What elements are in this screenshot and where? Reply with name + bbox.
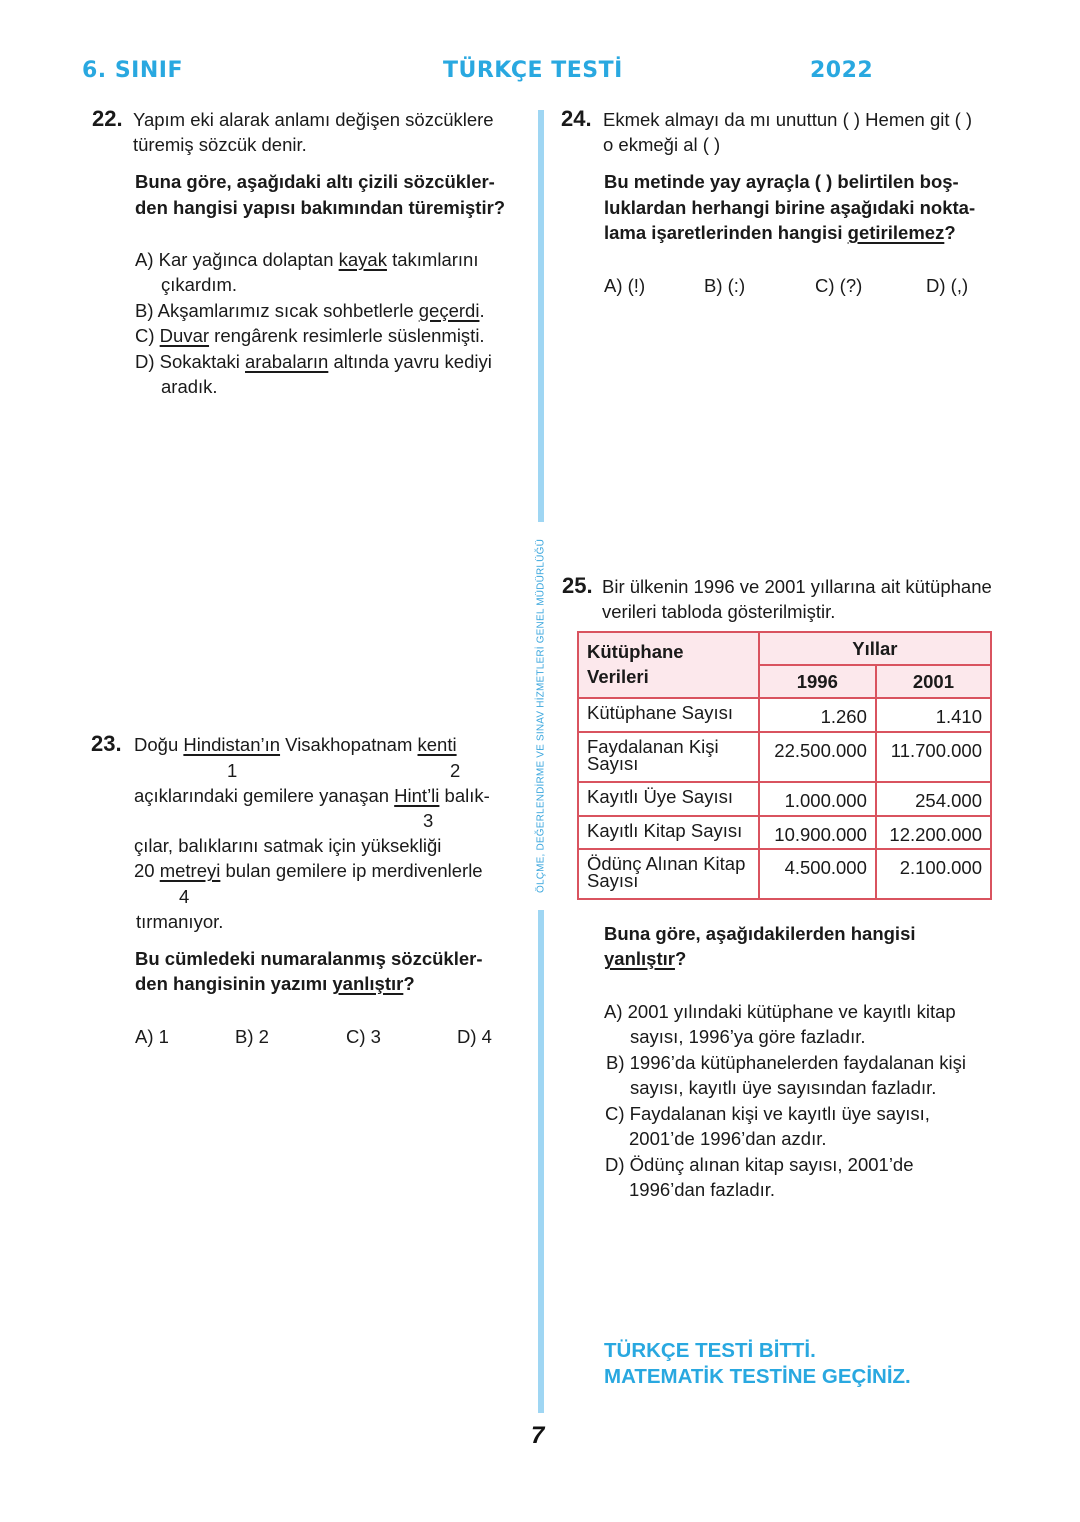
option-a-continued: sayısı, 1996’ya göre fazladır. [630, 1024, 866, 1050]
cell-value: 254.000 [876, 782, 991, 816]
word-number-1: 1 [227, 758, 237, 784]
option-b[interactable]: B) 1996’da kütüphanelerden faydalanan ki… [606, 1050, 966, 1076]
question-number: 25. [562, 573, 593, 599]
numbered-word-3: Hint’li [394, 785, 439, 806]
cell-value: 1.410 [876, 698, 991, 732]
option-text: rengârenk resimlerle süslenmişti. [209, 325, 485, 346]
text: Doğu [134, 734, 183, 755]
question-intro: verileri tabloda gösterilmiştir. [602, 599, 835, 625]
sentence-line: açıklarındaki gemilere yanaşan Hint’li b… [134, 783, 490, 809]
table-row: Kayıtlı Kitap Sayısı10.900.00012.200.000 [578, 816, 991, 849]
cell-value: 1.260 [759, 698, 876, 732]
end-of-test-message: TÜRKÇE TESTİ BİTTİ. MATEMATİK TESTİNE GE… [604, 1338, 911, 1390]
sentence-line: tırmanıyor. [136, 909, 223, 935]
text: 20 [134, 860, 160, 881]
option-text: altında yavru kediyi [328, 351, 492, 372]
sentence-line: çılar, balıklarını satmak için yüksekliğ… [134, 833, 441, 859]
numbered-word-4: metreyi [160, 860, 221, 881]
question-intro: Yapım eki alarak anlamı değişen sözcükle… [133, 107, 494, 133]
cell-value: 11.700.000 [876, 732, 991, 782]
question-prompt: yanlıştır? [604, 946, 686, 972]
option-b[interactable]: B) 2 [235, 1024, 269, 1050]
text: ? [403, 973, 414, 994]
text: Kütüphane [587, 641, 684, 662]
question-prompt: Bu metinde yay ayraçla ( ) belirtilen bo… [604, 169, 959, 195]
question-prompt: Bu cümledeki numaralanmış sözcükler- [135, 946, 483, 972]
option-a[interactable]: A) 1 [135, 1024, 169, 1050]
cell-value: 4.500.000 [759, 849, 876, 899]
library-data-table: Kütüphane Verileri Yıllar 1996 2001 Kütü… [577, 631, 992, 900]
cell-value: 22.500.000 [759, 732, 876, 782]
underlined-word: arabaların [245, 351, 328, 372]
end-message-line: TÜRKÇE TESTİ BİTTİ. [604, 1338, 911, 1364]
option-text: . [479, 300, 484, 321]
grade-label: 6. SINIF [82, 58, 183, 83]
text: ? [675, 948, 686, 969]
word-number-2: 2 [450, 758, 460, 784]
option-c[interactable]: C) (?) [815, 273, 862, 299]
column-header-1996: 1996 [759, 665, 876, 698]
question-number: 23. [91, 731, 122, 757]
word-number-3: 3 [423, 808, 433, 834]
sentence-line: 20 metreyi bulan gemilere ip merdivenler… [134, 858, 483, 884]
sentence-line: Doğu Hindistan’ın Visakhopatnam kenti [134, 732, 457, 758]
cell-value: 1.000.000 [759, 782, 876, 816]
cell-value: 12.200.000 [876, 816, 991, 849]
numbered-word-2: kenti [418, 734, 457, 755]
text: lama işaretlerinden hangisi [604, 222, 848, 243]
question-prompt: Buna göre, aşağıdaki altı çizili sözcükl… [135, 169, 495, 195]
end-message-line: MATEMATİK TESTİNE GEÇİNİZ. [604, 1364, 911, 1390]
test-title: TÜRKÇE TESTİ [443, 58, 623, 83]
text: bulan gemilere ip merdivenlerle [220, 860, 482, 881]
row-label: Kütüphane Sayısı [578, 698, 759, 732]
option-c[interactable]: C) Duvar rengârenk resimlerle süslenmişt… [135, 323, 485, 349]
column-header-data: Kütüphane Verileri [578, 632, 759, 698]
option-d-continued: 1996’dan fazladır. [629, 1177, 775, 1203]
column-divider-bottom [538, 910, 544, 1413]
row-label: Faydalanan Kişi Sayısı [578, 732, 759, 782]
text: Visakhopatnam [280, 734, 417, 755]
option-text: A) Kar yağınca dolaptan [135, 249, 339, 270]
underlined-word: Duvar [160, 325, 209, 346]
option-text: D) Sokaktaki [135, 351, 245, 372]
text: balık- [439, 785, 489, 806]
option-d[interactable]: D) 4 [457, 1024, 492, 1050]
option-d[interactable]: D) Sokaktaki arabaların altında yavru ke… [135, 349, 492, 375]
column-divider-top [538, 110, 544, 522]
page-number: 7 [531, 1422, 544, 1450]
question-number: 24. [561, 106, 592, 132]
underlined-word: kayak [339, 249, 387, 270]
column-header-2001: 2001 [876, 665, 991, 698]
option-c-continued: 2001’de 1996’dan azdır. [629, 1126, 827, 1152]
question-prompt: Buna göre, aşağıdakilerden hangisi [604, 921, 916, 947]
option-text: B) Akşamlarımız sıcak sohbetlerle [135, 300, 419, 321]
option-d[interactable]: D) (,) [926, 273, 968, 299]
option-b[interactable]: B) (:) [704, 273, 745, 299]
question-number: 22. [92, 106, 123, 132]
table-row: Ödünç Alınan Kitap Sayısı4.500.0002.100.… [578, 849, 991, 899]
option-a[interactable]: A) (!) [604, 273, 645, 299]
option-a[interactable]: A) 2001 yılındaki kütüphane ve kayıtlı k… [604, 999, 956, 1025]
question-intro: Bir ülkenin 1996 ve 2001 yıllarına ait k… [602, 574, 992, 600]
text: açıklarındaki gemilere yanaşan [134, 785, 394, 806]
emphasis-word: yanlıştır [332, 973, 403, 994]
text: Verileri [587, 666, 649, 687]
column-header-years: Yıllar [759, 632, 991, 665]
question-intro: türemiş sözcük denir. [133, 132, 307, 158]
table-row: Kütüphane Sayısı1.2601.410 [578, 698, 991, 732]
row-label: Kayıtlı Kitap Sayısı [578, 816, 759, 849]
cell-value: 2.100.000 [876, 849, 991, 899]
table-row: Faydalanan Kişi Sayısı22.500.00011.700.0… [578, 732, 991, 782]
option-text: C) [135, 325, 160, 346]
emphasis-word: getirilemez [848, 222, 945, 243]
text: den hangisinin yazımı [135, 973, 332, 994]
option-c[interactable]: C) Faydalanan kişi ve kayıtlı üye sayısı… [605, 1101, 930, 1127]
option-b[interactable]: B) Akşamlarımız sıcak sohbetlerle geçerd… [135, 298, 485, 324]
option-text: takımlarını [387, 249, 479, 270]
question-prompt: den hangisinin yazımı yanlıştır? [135, 971, 415, 997]
question-prompt: lama işaretlerinden hangisi getirilemez? [604, 220, 956, 246]
option-a-continued: çıkardım. [161, 272, 237, 298]
row-label: Ödünç Alınan Kitap Sayısı [578, 849, 759, 899]
emphasis-word: yanlıştır [604, 948, 675, 969]
text: ? [944, 222, 955, 243]
question-prompt: den hangisi yapısı bakımından türemiştir… [135, 195, 505, 221]
question-intro: Ekmek almayı da mı unuttun ( ) Hemen git… [603, 107, 972, 133]
cell-value: 10.900.000 [759, 816, 876, 849]
publisher-vertical-label: ÖLÇME, DEĞERLENDİRME VE SINAV HİZMETLERİ… [536, 539, 547, 893]
question-intro: o ekmeği al ( ) [603, 132, 720, 158]
table-row: Kayıtlı Üye Sayısı1.000.000254.000 [578, 782, 991, 816]
year-label: 2022 [810, 58, 873, 83]
numbered-word-1: Hindistan’ın [183, 734, 280, 755]
question-prompt: luklardan herhangi birine aşağıdaki nokt… [604, 195, 975, 221]
option-d[interactable]: D) Ödünç alınan kitap sayısı, 2001’de [605, 1152, 914, 1178]
row-label: Kayıtlı Üye Sayısı [578, 782, 759, 816]
option-d-continued: aradık. [161, 374, 218, 400]
option-c[interactable]: C) 3 [346, 1024, 381, 1050]
option-a[interactable]: A) Kar yağınca dolaptan kayak takımların… [135, 247, 478, 273]
underlined-word: geçerdi [419, 300, 480, 321]
word-number-4: 4 [179, 884, 189, 910]
option-b-continued: sayısı, kayıtlı üye sayısından fazladır. [630, 1075, 936, 1101]
